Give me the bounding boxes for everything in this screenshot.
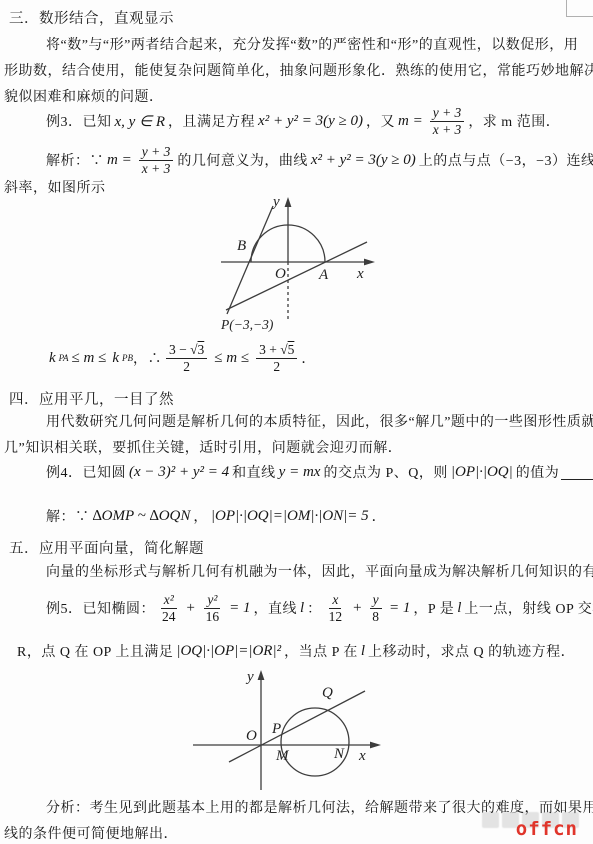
fraction-x-12: x 12 xyxy=(326,592,346,625)
line-l-symbol: l xyxy=(457,600,461,617)
example-3-solution-line-2: 斜率，如图所示 xyxy=(4,177,106,197)
fraction-3-minus-sqrt3-over-2: 3 − √3 2 xyxy=(166,342,207,375)
example-3-text: ，又 xyxy=(366,111,395,131)
section-3-heading: 三．数形结合，直观显示 xyxy=(9,7,174,28)
y-axis-arrow xyxy=(258,670,265,680)
example-3-solution-line-1: 解析：∵ m = y + 3 x + 3 的几何意义为，曲线 x² + y² =… xyxy=(46,140,593,180)
example-4-statement: 例4．已知圆 (x − 3)² + y² = 4 和直线 y = mx 的交点为… xyxy=(46,461,593,483)
answer-blank xyxy=(561,465,593,480)
section-4-heading: 四．应用平几，一目了然 xyxy=(9,388,174,409)
fraction-y3-x3: y + 3 x + 3 xyxy=(430,105,465,138)
solution-label: 解：∵ xyxy=(46,506,90,526)
fraction-x2-24: x² 24 xyxy=(159,592,179,625)
example-4-text: 和直线 xyxy=(232,462,276,482)
example-4-solution: 解：∵ ∆OMP ~ ∆OQN ， |OP|·|OQ|=|OM|·|ON|= 5… xyxy=(46,505,386,527)
fraction-y3-x3: y + 3 x + 3 xyxy=(139,144,174,177)
example-5-text: 上移动时，求点 Q 的轨迹方程． xyxy=(368,641,575,661)
example-3-statement: 例3．已知 x, y ∈ R ，且满足方程 x² + y² = 3(y ≥ 0)… xyxy=(46,100,560,142)
line-l-symbol: l xyxy=(300,600,304,617)
solution-text: 上的点与点（−3，−3）连线的 xyxy=(419,150,593,170)
example-3-text: ，求 m 范围． xyxy=(468,111,560,131)
solution-text: ， xyxy=(193,506,208,526)
subscript-PA: PA xyxy=(59,353,69,363)
equals-one: = 1 xyxy=(389,600,410,617)
slope-inequality-line: kPA ≤ m ≤ kPB ，∴ 3 − √3 2 ≤ m ≤ 3 + √5 2… xyxy=(46,336,316,380)
plus-sign: + xyxy=(186,600,196,617)
analysis-line-2: 线的条件便可简便地解出． xyxy=(4,823,178,843)
solution-math-product-equality: |OP|·|OQ|=|OM|·|ON|= 5 xyxy=(211,508,369,525)
label-M: M xyxy=(275,748,290,764)
x-axis-arrow xyxy=(364,259,375,266)
section-4-para-line-1: 用代数研究几何问题是解析几何的本质特征，因此，很多“解几”题中的一些图形性质就和… xyxy=(46,411,593,431)
example-5-text: ，P 是 xyxy=(413,598,454,618)
offcn-logo: offcn xyxy=(516,818,578,840)
example-4-text: 的值为 xyxy=(516,462,560,482)
example-5-text: ，当点 P 在 xyxy=(284,641,358,661)
scanned-math-document-page: { "sec3": { "heading": "三．数形结合，直观显示", "p… xyxy=(0,0,593,844)
example-4-math-line: y = mx xyxy=(279,464,321,481)
section-5-para: 向量的坐标形式与解析几何有机融为一体，因此，平面向量成为解决解析几何知识的有力工… xyxy=(46,561,593,581)
section-3-para-line-2: 形助数，结合使用，能使复杂问题简单化，抽象问题形象化．熟练的使用它，常能巧妙地解… xyxy=(4,60,593,80)
example-5-text: 上一点，射线 OP 交椭圆于一点 xyxy=(464,598,593,618)
line-PA xyxy=(226,242,367,310)
example-4-text: 的交点为 P、Q，则 xyxy=(323,462,447,482)
section-3-para-line-1: 将“数”与“形”两者结合起来，充分发挥“数”的严密性和“形”的直观性，以数促形，… xyxy=(46,34,578,54)
label-y: y xyxy=(245,669,254,685)
figure-semicircle-slope: y x O A B P(−3,−3) xyxy=(193,192,405,339)
label-P: P xyxy=(271,721,281,737)
example-4-math-circle: (x − 3)² + y² = 4 xyxy=(129,464,229,481)
label-y: y xyxy=(271,194,280,210)
solution-math-m: m = xyxy=(107,152,132,169)
math-relation: ≤ m ≤ xyxy=(72,350,107,367)
label-N: N xyxy=(333,746,345,762)
label-Q: Q xyxy=(322,685,333,701)
circle xyxy=(281,708,349,776)
solution-math-similar-triangles: ∆OMP ~ ∆OQN xyxy=(93,508,191,525)
figure-1-svg: y x O A B P(−3,−3) xyxy=(193,192,405,334)
label-x: x xyxy=(356,266,364,282)
example-5-statement-line-2: R，点 Q 在 OP 上且满足 |OQ|·|OP|=|OR|² ，当点 P 在 … xyxy=(17,640,575,662)
example-4-text: 例4．已知圆 xyxy=(46,462,126,482)
plus-sign: + xyxy=(352,600,362,617)
example-3-math-domain: x, y ∈ R xyxy=(115,112,166,131)
math-relation: ≤ m ≤ xyxy=(214,350,249,367)
fraction-y2-16: y² 16 xyxy=(203,592,223,625)
fraction-3-plus-sqrt5-over-2: 3 + √5 2 xyxy=(256,342,297,375)
subscript-PB: PB xyxy=(122,353,133,363)
x-axis-arrow xyxy=(370,742,381,749)
figure-circle-secant: y x O P M N Q xyxy=(185,666,402,803)
solution-text: 的几何意义为，曲线 xyxy=(177,150,308,170)
period: ． xyxy=(301,348,316,368)
example-5-math-condition: |OQ|·|OP|=|OR|² xyxy=(176,643,281,660)
fraction-y-8: y 8 xyxy=(369,592,382,625)
example-3-math-m: m = xyxy=(398,113,423,130)
label-P-coords: P(−3,−3) xyxy=(220,317,274,332)
example-5-text: 例5．已知椭圆： xyxy=(46,598,155,618)
period: ． xyxy=(372,506,387,526)
example-5-text: ，直线 xyxy=(254,598,298,618)
example-3-text: ，且满足方程 xyxy=(168,111,255,131)
page-corner-mark xyxy=(566,0,593,17)
example-3-math-equation: x² + y² = 3(y ≥ 0) xyxy=(258,113,363,130)
line-l-symbol: l xyxy=(361,643,365,660)
example-5-statement-line-1: 例5．已知椭圆： x² 24 + y² 16 = 1 ，直线 l ： x 12 … xyxy=(46,584,593,632)
label-A: A xyxy=(318,267,329,283)
example-5-text: R，点 Q 在 OP 上且满足 xyxy=(17,641,173,661)
y-axis-arrow xyxy=(285,197,292,207)
label-x: x xyxy=(358,748,366,764)
example-4-math-product: |OP|·|OQ| xyxy=(451,464,513,481)
section-4-para-line-2: 几”知识相关联，要抓住关键，适时引用，问题就会迎刃而解． xyxy=(4,437,402,457)
equals-one: = 1 xyxy=(229,600,250,617)
figure-2-svg: y x O P M N Q xyxy=(185,666,402,798)
section-5-heading: 五．应用平面向量，简化解题 xyxy=(9,537,204,558)
math-k: k xyxy=(112,350,119,367)
label-B: B xyxy=(237,238,246,254)
therefore-text: ，∴ xyxy=(133,348,162,368)
math-k: k xyxy=(49,350,56,367)
example-3-text: 例3．已知 xyxy=(46,111,112,131)
label-O: O xyxy=(246,728,257,744)
label-O: O xyxy=(275,266,286,282)
example-5-text: ： xyxy=(307,598,322,618)
solution-label: 解析：∵ xyxy=(46,150,104,170)
solution-math-curve: x² + y² = 3(y ≥ 0) xyxy=(311,152,416,169)
